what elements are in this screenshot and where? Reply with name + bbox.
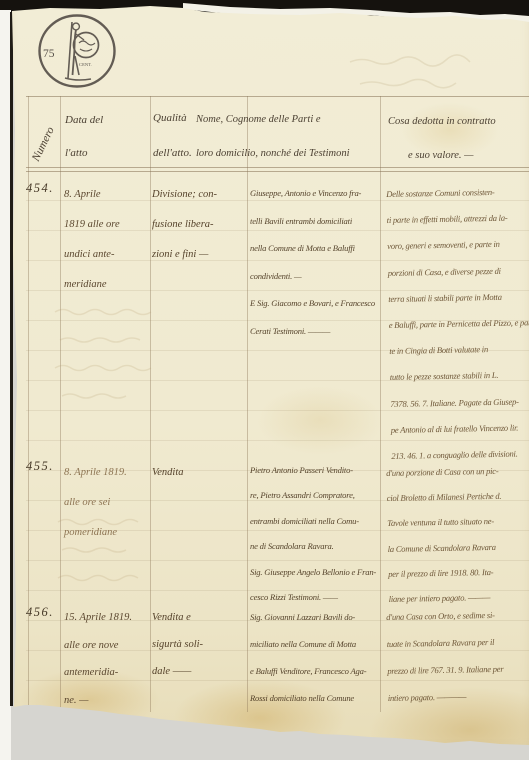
entry-number: 455. [26, 459, 54, 474]
header-line: Cosa dedotta in contratto [388, 105, 496, 139]
header-line: Qualità [153, 101, 192, 136]
handwritten-line: undici ante- [64, 240, 156, 270]
handwritten-line: zioni e fini — [152, 240, 252, 270]
handwritten-line: re, Pietro Assandri Compratore, [250, 483, 386, 508]
header-line: Data del [65, 104, 103, 137]
handwritten-line: antemeridia- [64, 659, 156, 687]
entry-455-qualita: Vendita [152, 458, 252, 488]
handwritten-line: Divisione; con- [152, 180, 252, 210]
manuscript-register-photo: 75 CENT. Numero Data del l'atto Qualità … [0, 0, 529, 760]
header-nomi-parti: Nome, Cognome delle Parti e loro domicil… [196, 103, 350, 171]
handwritten-line: pomeridiane [64, 518, 156, 548]
handwritten-line: ne. — [64, 687, 156, 715]
handwritten-line: e Baluffi Venditore, Francesco Aga- [250, 658, 386, 685]
handwritten-line: te in Cingia di Botti valutate in [389, 335, 529, 364]
handwritten-line: per il prezzo di lire 1918. 80. Ita- [388, 559, 529, 587]
handwritten-line: Cerati Testimoni. ——— [250, 318, 386, 346]
handwritten-line: condividenti. — [250, 263, 386, 291]
header-data-atto: Data del l'atto [65, 104, 103, 170]
handwritten-line: e Baluffi, parte in Pernicetta del Pizzo… [389, 309, 529, 338]
header-qualita-atto: Qualità dell'atto. [153, 101, 192, 171]
handwritten-line: Rossi domiciliato nella Comune [250, 685, 386, 712]
entry-455-cosa: d'una porzione di Casa con un pic-ciol B… [386, 458, 529, 612]
entry-number: 454. [26, 181, 54, 196]
handwritten-line: ne di Scandolara Ravara. [250, 534, 386, 559]
handwritten-line: Delle sostanze Comuni consisten- [386, 178, 529, 207]
stamp-caption: CENT. [79, 62, 92, 67]
handwritten-line: 15. Aprile 1819. [64, 604, 156, 632]
entry-454-nomi: Giuseppe, Antonio e Vincenzo fra-telli B… [250, 180, 386, 346]
handwritten-line: Sig. Giuseppe Angelo Bellonio e Fran- [250, 560, 386, 585]
handwritten-line: 7378. 56. 7. Italiane. Pagate da Giusep- [390, 388, 529, 417]
handwritten-line: E Sig. Giacomo e Bovari, e Francesco [250, 290, 386, 318]
handwritten-line: terra situati li stabili parte in Motta [388, 283, 529, 312]
handwritten-line: intiero pagato. ———— [388, 682, 529, 712]
handwritten-line: 8. Aprile 1819. [64, 458, 156, 488]
handwritten-line: tutto le pezze sostanze stabili in L. [390, 362, 529, 391]
entry-454-data: 8. Aprile1819 alle oreundici ante-meridi… [64, 180, 156, 300]
revenue-stamp-75-cent: 75 CENT. [36, 12, 118, 90]
handwritten-line: meridiane [64, 270, 156, 300]
handwritten-line: ti parte in effetti mobili, attrezzi da … [387, 204, 529, 233]
handwritten-line: voro, generi e semoventi, e parte in [387, 231, 529, 260]
entry-455-nomi: Pietro Antonio Passeri Vendito-re, Pietr… [250, 458, 386, 610]
handwritten-line: Vendita [152, 458, 252, 488]
register-page: 75 CENT. Numero Data del l'atto Qualità … [0, 0, 529, 760]
stamp-value: 75 [43, 48, 55, 60]
header-line: dell'atto. [153, 136, 192, 171]
header-line: e suo valore. — [388, 139, 496, 173]
header-top-rule [26, 96, 529, 97]
handwritten-line: 8. Aprile [64, 180, 156, 210]
handwritten-line: d'una Casa con Orto, e sedime si- [386, 601, 529, 631]
handwritten-line: nella Comune di Motta e Baluffi [250, 235, 386, 263]
handwritten-line: fusione libera- [152, 210, 252, 240]
handwritten-line: Pietro Antonio Passeri Vendito- [250, 458, 386, 483]
header-line: loro domicilio, nonché dei Testimoni [196, 137, 350, 171]
handwritten-line: telli Bavili entrambi domiciliati [250, 208, 386, 236]
entry-456-cosa: d'una Casa con Orto, e sedime si-tuate i… [386, 601, 529, 712]
handwritten-line: pe Antonio al di lui fratello Vincenzo l… [391, 414, 529, 443]
header-line: l'atto [65, 137, 103, 170]
handwritten-line: d'una porzione di Casa con un pic- [386, 458, 529, 486]
entry-454-cosa: Delle sostanze Comuni consisten-ti parte… [386, 178, 529, 469]
handwritten-line: dale —— [152, 658, 252, 685]
page-binding-shadow [10, 12, 13, 706]
entry-456-nomi: Sig. Giovanni Lazzari Bavili do-miciliat… [250, 604, 386, 712]
handwritten-line: entrambi domiciliati nella Comu- [250, 509, 386, 534]
header-cosa-dedotta: Cosa dedotta in contratto e suo valore. … [388, 105, 496, 173]
entry-455-data: 8. Aprile 1819.alle ore seipomeridiane [64, 458, 156, 548]
handwritten-line: tuate in Scandolara Ravara per il [387, 628, 529, 658]
header-line: Nome, Cognome delle Parti e [196, 103, 350, 137]
entry-456-data: 15. Aprile 1819.alle ore noveantemeridia… [64, 604, 156, 714]
entry-454-qualita: Divisione; con-fusione libera-zioni e fi… [152, 180, 252, 270]
handwritten-line: Vendita e [152, 604, 252, 631]
handwritten-line: miciliato nella Comune di Motta [250, 631, 386, 658]
handwritten-line: alle ore nove [64, 632, 156, 660]
handwritten-line: Giuseppe, Antonio e Vincenzo fra- [250, 180, 386, 208]
entry-number: 456. [26, 605, 54, 620]
handwritten-line: porzioni di Casa, e diverse pezze di [388, 257, 529, 286]
entry-456-qualita: Vendita esigurtà soli-dale —— [152, 604, 252, 685]
handwritten-line: sigurtà soli- [152, 631, 252, 658]
handwritten-line: ciol Broletto di Milanesi Pertiche d. [386, 483, 529, 511]
handwritten-line: prezzo di lire 767. 31. 9. Italiane per [387, 655, 529, 685]
handwritten-line: la Comune di Scandolara Ravara [387, 534, 529, 562]
header-numero: Numero [30, 125, 57, 163]
handwritten-line: Sig. Giovanni Lazzari Bavili do- [250, 604, 386, 631]
handwritten-line: alle ore sei [64, 488, 156, 518]
handwritten-line: 1819 alle ore [64, 210, 156, 240]
handwritten-line: Tavole ventuna il tutto situato ne- [387, 509, 529, 537]
